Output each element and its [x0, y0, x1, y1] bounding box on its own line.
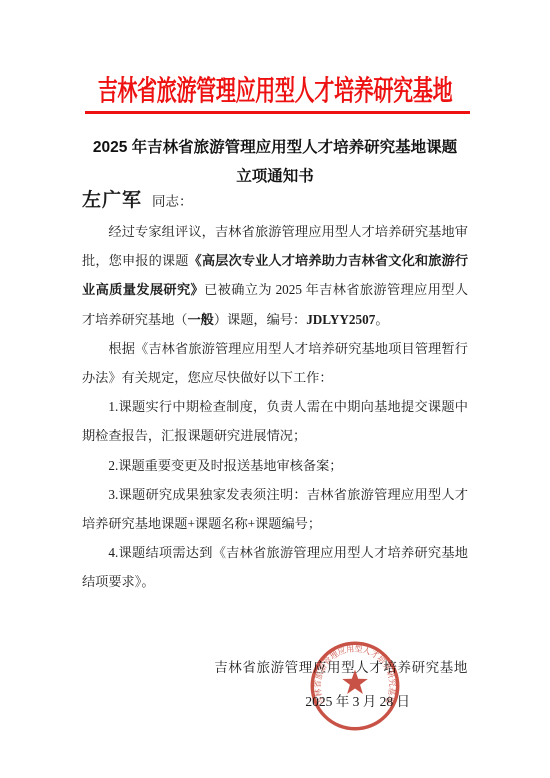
document-title-line2: 立项通知书 — [236, 168, 314, 185]
list-item-2: 2.课题重要变更及时报送基地审核备案； — [82, 451, 468, 480]
signature-organization: 吉林省旅游管理应用型人才培养研究基地 — [214, 656, 468, 676]
signature-date: 2025 年 3 月 28 日 — [305, 690, 410, 710]
letter-body: 左广军同志： 经过专家组评议，吉林省旅游管理应用型人才培养研究基地审批，您申报的… — [82, 186, 468, 597]
salutation: 左广军同志： — [82, 186, 468, 217]
letterhead-title: 吉林省旅游管理应用型人才培养研究基地 — [0, 68, 550, 108]
list-item-3: 3.课题研究成果独家发表须注明：吉林省旅游管理应用型人才培养研究基地课题+课题名… — [82, 480, 468, 538]
official-seal: 吉林省旅游管理应用型人才培养研究基地 — [307, 638, 403, 734]
letterhead-rule — [85, 111, 470, 114]
notice-document: 吉林省旅游管理应用型人才培养研究基地 2025 年吉林省旅游管理应用型人才培养研… — [0, 0, 550, 778]
paragraph-regulation: 根据《吉林省旅游管理应用型人才培养研究基地项目管理暂行办法》有关规定，您应尽快做… — [82, 334, 468, 392]
approval-mid2: ）课题，编号： — [214, 312, 306, 327]
recipient-name: 左广军 — [82, 190, 142, 211]
list-item-4: 4.课题结项需达到《吉林省旅游管理应用型人才培养研究基地结项要求》。 — [82, 538, 468, 596]
approval-end: 。 — [375, 312, 388, 327]
project-code: JDLYY2507 — [306, 312, 375, 327]
paragraph-approval: 经过专家组评议，吉林省旅游管理应用型人才培养研究基地审批，您申报的课题《高层次专… — [82, 217, 468, 334]
document-title-line1: 2025 年吉林省旅游管理应用型人才培养研究基地课题 — [93, 139, 457, 156]
salutation-suffix: 同志： — [152, 194, 193, 209]
project-category: 一般 — [188, 312, 214, 327]
document-title: 2025 年吉林省旅游管理应用型人才培养研究基地课题 立项通知书 — [0, 133, 550, 191]
list-item-1: 1.课题实行中期检查制度，负责人需在中期向基地提交课题中期检查报告，汇报课题研究… — [82, 392, 468, 450]
official-seal-graphic: 吉林省旅游管理应用型人才培养研究基地 — [307, 638, 403, 734]
